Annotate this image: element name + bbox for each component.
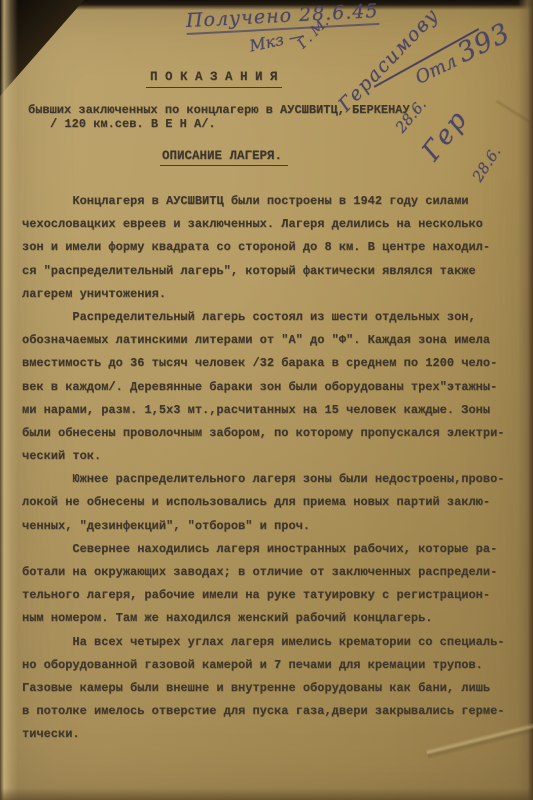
typed-line: были обнесены проволочным забором, по ко…	[22, 422, 527, 445]
paper-edge-bottom	[0, 788, 533, 800]
typed-line: чехословацких евреев и заключенных. Лаге…	[22, 213, 527, 236]
typed-line: Южнее распределительного лагеря зоны был…	[22, 468, 527, 491]
typed-line: но оборудованной газовой камерой и 7 печ…	[22, 654, 527, 677]
subtitle-line-1: бывших заключенных по концлагерю в АУСШВ…	[28, 103, 410, 117]
typed-line: ся "распределительный лагерь", который ф…	[22, 260, 527, 283]
typed-line: век в каждом/. Деревянные бараки зон был…	[22, 376, 527, 399]
document-photo: Получено 28.6.45 Мкз — Г. М. Герасимову …	[0, 0, 533, 800]
page-title: П О К А З А Н И Я	[146, 70, 282, 88]
typed-line: локой не обнесены и использовались для п…	[22, 491, 527, 514]
typed-line: Концлагеря в АУСШВИТЦ были построены в 1…	[22, 190, 527, 213]
typed-line: Распределительный лагерь состоял из шест…	[22, 306, 527, 329]
document-body: Концлагеря в АУСШВИТЦ были построены в 1…	[22, 190, 527, 747]
typed-line: тельного лагеря, рабочие имели на руке т…	[22, 584, 527, 607]
section-heading: ОПИСАНИЕ ЛАГЕРЯ.	[160, 149, 288, 166]
typed-line: ческий ток.	[22, 445, 527, 468]
typed-line: лагерем уничтожения.	[22, 283, 527, 306]
typed-line: обозначаемых латинскими литерами от "А" …	[22, 329, 527, 352]
typed-line: ботали на окружающих заводах; в отличие …	[22, 561, 527, 584]
typed-line: Газовые камеры были внешне и внутренне о…	[22, 677, 527, 700]
paper-edge-left	[0, 0, 18, 800]
typed-line: тически.	[22, 723, 527, 746]
typed-line: ми нарами, разм. 1,5х3 мт.,расчитанных н…	[22, 399, 527, 422]
typed-line: На всех четырех углах лагеря имелись кре…	[22, 631, 527, 654]
subtitle-line-2: / 120 км.сев. В Е Н А/.	[50, 117, 216, 131]
typed-line: ным номером. Там же находился женский ра…	[22, 607, 527, 630]
typed-line: вместимость до 36 тысяч человек /32 бара…	[22, 352, 527, 375]
typed-line: ченных, "дезинфекций", "отборов" и проч.	[22, 515, 527, 538]
typed-line: зон и имели форму квадрата со стороной д…	[22, 236, 527, 259]
typed-line: Севернее находились лагеря иностранных р…	[22, 538, 527, 561]
typed-line: в потолке имелось отверстие для пуска га…	[22, 700, 527, 723]
